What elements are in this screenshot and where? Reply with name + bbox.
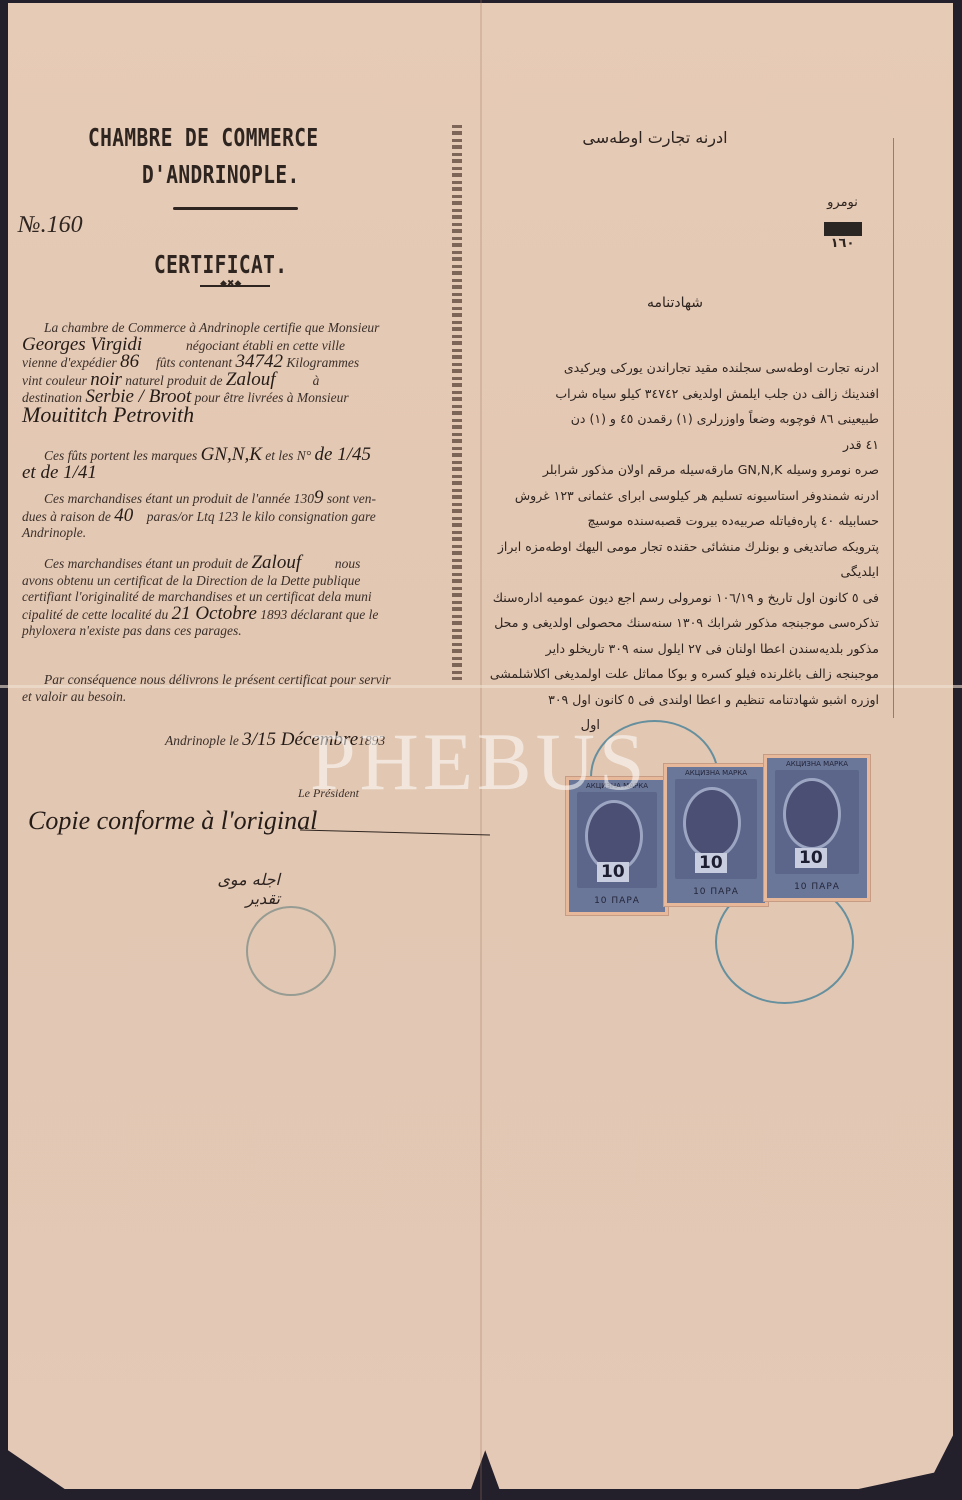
paragraph-3: Ces marchandises étant un produit de l'a… xyxy=(22,490,444,542)
paragraph-4: Ces marchandises étant un produit de Zal… xyxy=(22,555,444,640)
ottoman-header: ادرنه تجارت اوطه‌سی xyxy=(560,128,750,147)
copy-conforme-note: Copie conforme à l'original xyxy=(28,806,317,836)
chamber-seal-faded xyxy=(246,906,336,996)
ornamental-divider xyxy=(452,125,462,680)
redaction-block xyxy=(824,222,862,236)
revenue-stamp-2: АКЦИЗНА МАРКА 10 10 ПАРА xyxy=(664,764,768,906)
phebus-watermark: PHEBUS xyxy=(310,715,648,809)
paragraph-5: Par conséquence nous délivrons le présen… xyxy=(22,672,444,705)
paragraph-2: Ces fûts portent les marques GN,N,K et l… xyxy=(22,447,444,482)
ottoman-number: ١٦٠ xyxy=(820,236,865,251)
paragraph-1: La chambre de Commerce à Andrinople cert… xyxy=(22,320,444,427)
ottoman-body: ادرنه تجارت اوطه‌سی سجلنده مقید تجاراندن… xyxy=(487,355,879,712)
ottoman-title: شهادتنامه xyxy=(620,295,730,311)
header-rule xyxy=(173,207,298,210)
title-ornament xyxy=(200,285,270,287)
chamber-header-line2: D'ANDRINOPLE. xyxy=(142,160,300,189)
certificate-title: CERTIFICAT. xyxy=(154,250,287,279)
margin-rule xyxy=(893,138,894,718)
certificate-number: №.160 xyxy=(18,212,83,239)
ottoman-signature: اجله موی تقدیر xyxy=(200,870,280,908)
ottoman-number-label: نومرو xyxy=(820,195,865,210)
chamber-header-line1: CHAMBRE DE COMMERCE xyxy=(88,123,318,152)
revenue-stamp-3: АКЦИЗНА МАРКА 10 10 ПАРА xyxy=(764,755,870,901)
